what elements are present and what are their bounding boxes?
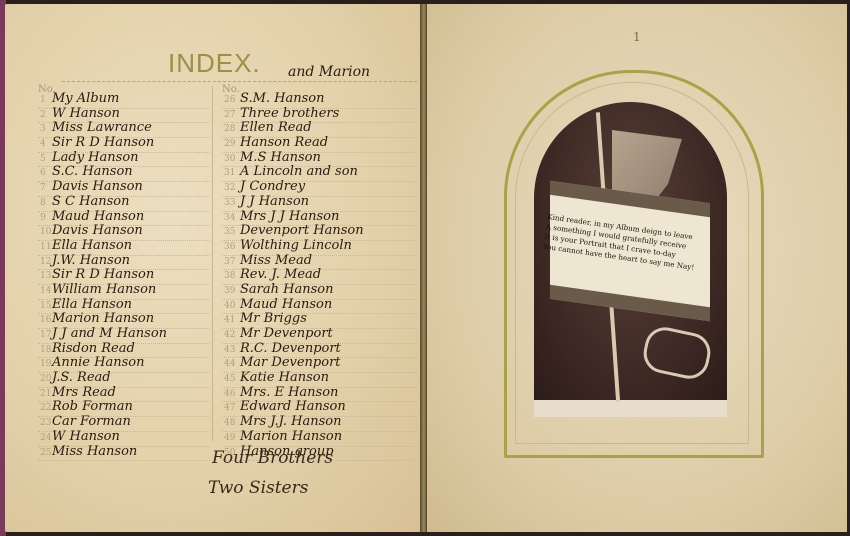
entry-number: 36 (224, 242, 235, 252)
entry-name: Mar Devenport (240, 355, 341, 370)
entry-number: 41 (224, 315, 235, 325)
entry-number: 23 (40, 418, 51, 428)
entry-number: 27 (224, 110, 235, 120)
entry-number: 26 (224, 95, 235, 105)
entry-name: Davis Hanson (52, 179, 143, 194)
entry-number: 3 (40, 124, 46, 134)
entry-number: 14 (40, 286, 51, 296)
entry-name: A Lincoln and son (240, 164, 358, 179)
entry-name: Marion Hanson (52, 311, 154, 326)
entry-number: 10 (40, 227, 51, 237)
entry-number: 17 (40, 330, 51, 340)
entry-number: 48 (224, 418, 235, 428)
entry-number: 12 (40, 257, 51, 267)
entry-name: S C Hanson (52, 194, 129, 209)
entry-name: Rev. J. Mead (240, 267, 321, 282)
entry-number: 7 (40, 183, 46, 193)
entry-name: My Album (52, 91, 119, 106)
entry-number: 49 (224, 433, 235, 443)
entry-name: Maud Hanson (240, 297, 332, 312)
entry-name: Miss Mead (240, 253, 312, 268)
index-title: INDEX. (168, 48, 261, 79)
entry-name: Rob Forman (52, 399, 133, 414)
entry-number: 37 (224, 257, 235, 267)
entry-name: Hanson Read (240, 135, 328, 150)
entry-number: 33 (224, 198, 235, 208)
entry-name: Three brothers (240, 106, 339, 121)
entry-name: Mrs J J Hanson (240, 209, 339, 224)
entry-name: Risdon Read (52, 341, 135, 356)
carte-de-visite-photo: Kind reader, in my Album deign to leave … (534, 102, 727, 417)
entry-name: Ella Hanson (52, 238, 132, 253)
entry-name: R.C. Devenport (240, 341, 341, 356)
entry-number: 19 (40, 359, 51, 369)
entry-name: Ella Hanson (52, 297, 132, 312)
entry-name: Miss Lawrance (52, 120, 152, 135)
entry-name: Mrs. E Hanson (240, 385, 338, 400)
entry-number: 6 (40, 168, 46, 178)
entry-number: 16 (40, 315, 51, 325)
entry-name: J J Hanson (240, 194, 309, 209)
entry-name: Car Forman (52, 414, 131, 429)
index-entry: 25Miss Hanson (38, 447, 210, 462)
footer-note-line-2: Two Sisters (208, 478, 308, 498)
entry-number: 38 (224, 271, 235, 281)
entry-number: 28 (224, 124, 235, 134)
entry-number: 21 (40, 389, 51, 399)
index-column-1: No. 1My Album2W Hanson3Miss Lawrance4Sir… (38, 86, 210, 461)
entry-name: Marion Hanson (240, 429, 342, 444)
entry-number: 2 (40, 110, 46, 120)
entry-number: 40 (224, 301, 235, 311)
entry-name: J Condrey (240, 179, 305, 194)
index-column-2: No. 26S.M. Hanson27Three brothers28Ellen… (222, 86, 417, 461)
entry-name: J.W. Hanson (52, 253, 130, 268)
entry-number: 45 (224, 374, 235, 384)
entry-number: 4 (40, 139, 46, 149)
entry-name: Wolthing Lincoln (240, 238, 352, 253)
entry-name: Maud Hanson (52, 209, 144, 224)
entry-name: S.C. Hanson (52, 164, 133, 179)
entry-number: 32 (224, 183, 235, 193)
entry-number: 20 (40, 374, 51, 384)
entry-name: Mr Devenport (240, 326, 333, 341)
entry-number: 31 (224, 168, 235, 178)
entry-name: Sarah Hanson (240, 282, 333, 297)
entry-number: 9 (40, 213, 46, 223)
entry-number: 1 (40, 95, 46, 105)
entry-name: W Hanson (52, 106, 120, 121)
entry-name: Sir R D Hanson (52, 267, 154, 282)
entry-number: 42 (224, 330, 235, 340)
entry-number: 15 (40, 301, 51, 311)
entry-name: Miss Hanson (52, 444, 137, 459)
entry-name: Katie Hanson (240, 370, 329, 385)
entry-name: W Hanson (52, 429, 120, 444)
entry-number: 18 (40, 345, 51, 355)
entry-name: Davis Hanson (52, 223, 143, 238)
entry-number: 35 (224, 227, 235, 237)
entry-name: Lady Hanson (52, 150, 139, 165)
entry-name: Devenport Hanson (240, 223, 364, 238)
entry-number: 11 (40, 242, 51, 252)
title-rule (62, 81, 417, 82)
entry-name: Annie Hanson (52, 355, 144, 370)
entry-number: 34 (224, 213, 235, 223)
entry-number: 43 (224, 345, 235, 355)
entry-name: Ellen Read (240, 120, 312, 135)
entry-name: J.S. Read (52, 370, 111, 385)
entry-number: 30 (224, 154, 235, 164)
entry-number: 25 (40, 448, 51, 458)
entry-name: S.M. Hanson (240, 91, 324, 106)
entry-name: Edward Hanson (240, 399, 346, 414)
entry-name: Mr Briggs (240, 311, 307, 326)
entry-number: 5 (40, 154, 46, 164)
entry-number: 8 (40, 198, 46, 208)
entry-number: 22 (40, 403, 51, 413)
column-divider (212, 86, 213, 441)
entry-number: 46 (224, 389, 235, 399)
entry-name: Sir R D Hanson (52, 135, 154, 150)
footer-note-line-1: Four Brothers (212, 448, 333, 468)
entry-number: 39 (224, 286, 235, 296)
page-number: 1 (633, 30, 641, 44)
entry-number: 44 (224, 359, 235, 369)
entry-name: Mrs J.J. Hanson (240, 414, 341, 429)
header-note: and Marion (288, 64, 370, 80)
entry-number: 24 (40, 433, 51, 443)
entry-name: J J and M Hanson (52, 326, 167, 341)
entry-number: 13 (40, 271, 51, 281)
entry-number: 47 (224, 403, 235, 413)
entry-name: M.S Hanson (240, 150, 321, 165)
entry-name: Mrs Read (52, 385, 116, 400)
entry-name: William Hanson (52, 282, 156, 297)
entry-number: 29 (224, 139, 235, 149)
